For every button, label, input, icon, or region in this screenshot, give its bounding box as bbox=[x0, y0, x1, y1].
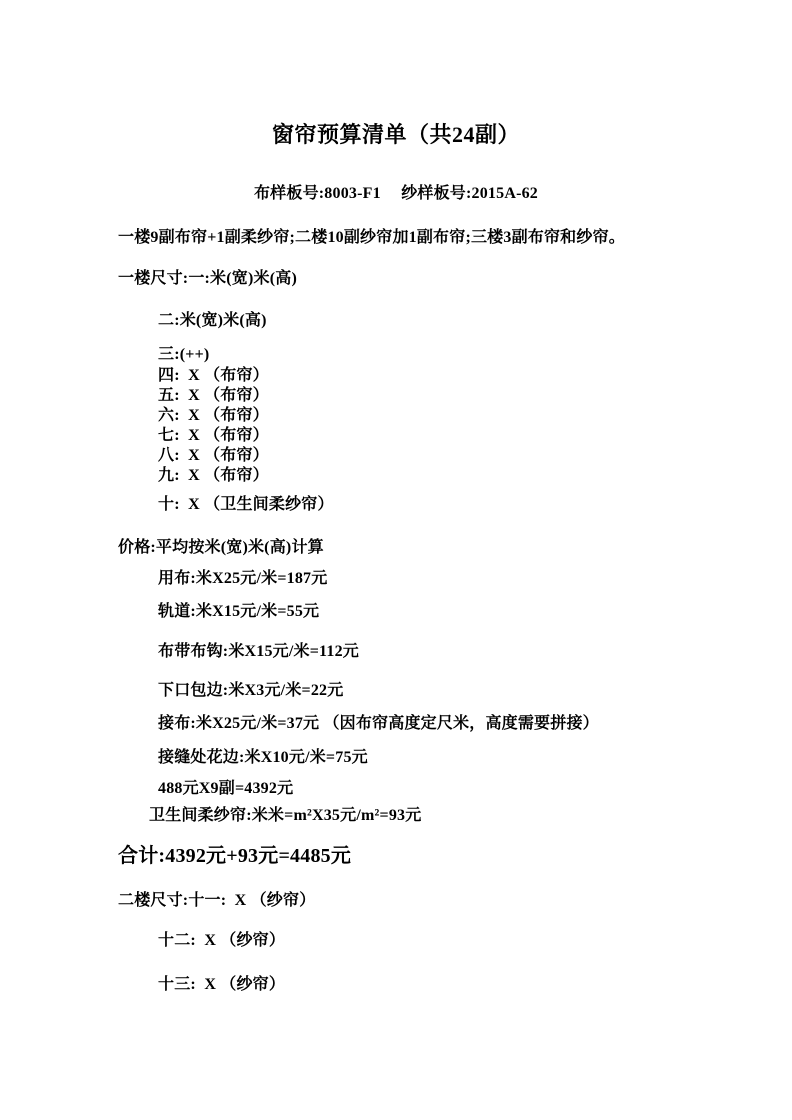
floor2-size-item11: 二楼尺寸:十一: X （纱帘） bbox=[118, 891, 315, 910]
price-hem: 下口包边:米X3元/米=22元 bbox=[158, 681, 343, 700]
doc-title: 窗帘预算清单（共24副） bbox=[0, 122, 792, 148]
price-tape-hooks: 布带布钩:米X15元/米=112元 bbox=[158, 642, 359, 661]
price-subtotal: 488元X9副=4392元 bbox=[158, 779, 293, 798]
summary-line: 一楼9副布帘+1副柔纱帘;二楼10副纱帘加1副布帘;三楼3副布帘和纱帘。 bbox=[118, 228, 625, 247]
price-bathroom-curtain: 卫生间柔纱帘:米米=m²X35元/m²=93元 bbox=[149, 806, 421, 825]
floor2-item13: 十三: X （纱帘） bbox=[158, 975, 285, 994]
floor1-item6: 六: X （布帘） bbox=[158, 406, 269, 425]
floor1-item2: 二:米(宽)米(高) bbox=[158, 311, 267, 330]
price-track: 轨道:米X15元/米=55元 bbox=[158, 602, 319, 621]
price-fabric: 用布:米X25元/米=187元 bbox=[158, 569, 327, 588]
board-numbers: 布样板号:8003-F1 纱样板号:2015A-62 bbox=[0, 184, 792, 203]
floor1-item5: 五: X （布帘） bbox=[158, 386, 269, 405]
document-page: 窗帘预算清单（共24副） 布样板号:8003-F1 纱样板号:2015A-62 … bbox=[0, 0, 792, 1120]
floor1-item3: 三:(++) bbox=[158, 345, 209, 364]
floor1-item9: 九: X （布帘） bbox=[158, 466, 269, 485]
floor1-item4: 四: X （布帘） bbox=[158, 366, 269, 385]
price-seam-lace: 接缝处花边:米X10元/米=75元 bbox=[158, 748, 368, 767]
floor1-item8: 八: X （布帘） bbox=[158, 446, 269, 465]
grand-total: 合计:4392元+93元=4485元 bbox=[118, 844, 351, 868]
floor1-size-item1: 一楼尺寸:一:米(宽)米(高) bbox=[118, 269, 297, 288]
floor2-item12: 十二: X （纱帘） bbox=[158, 931, 285, 950]
price-joining: 接布:米X25元/米=37元 （因布帘高度定尺米，高度需要拼接） bbox=[158, 714, 599, 733]
price-header: 价格:平均按米(宽)米(高)计算 bbox=[118, 538, 324, 557]
floor1-item7: 七: X （布帘） bbox=[158, 426, 269, 445]
floor1-item10: 十: X （卫生间柔纱帘） bbox=[158, 495, 334, 514]
